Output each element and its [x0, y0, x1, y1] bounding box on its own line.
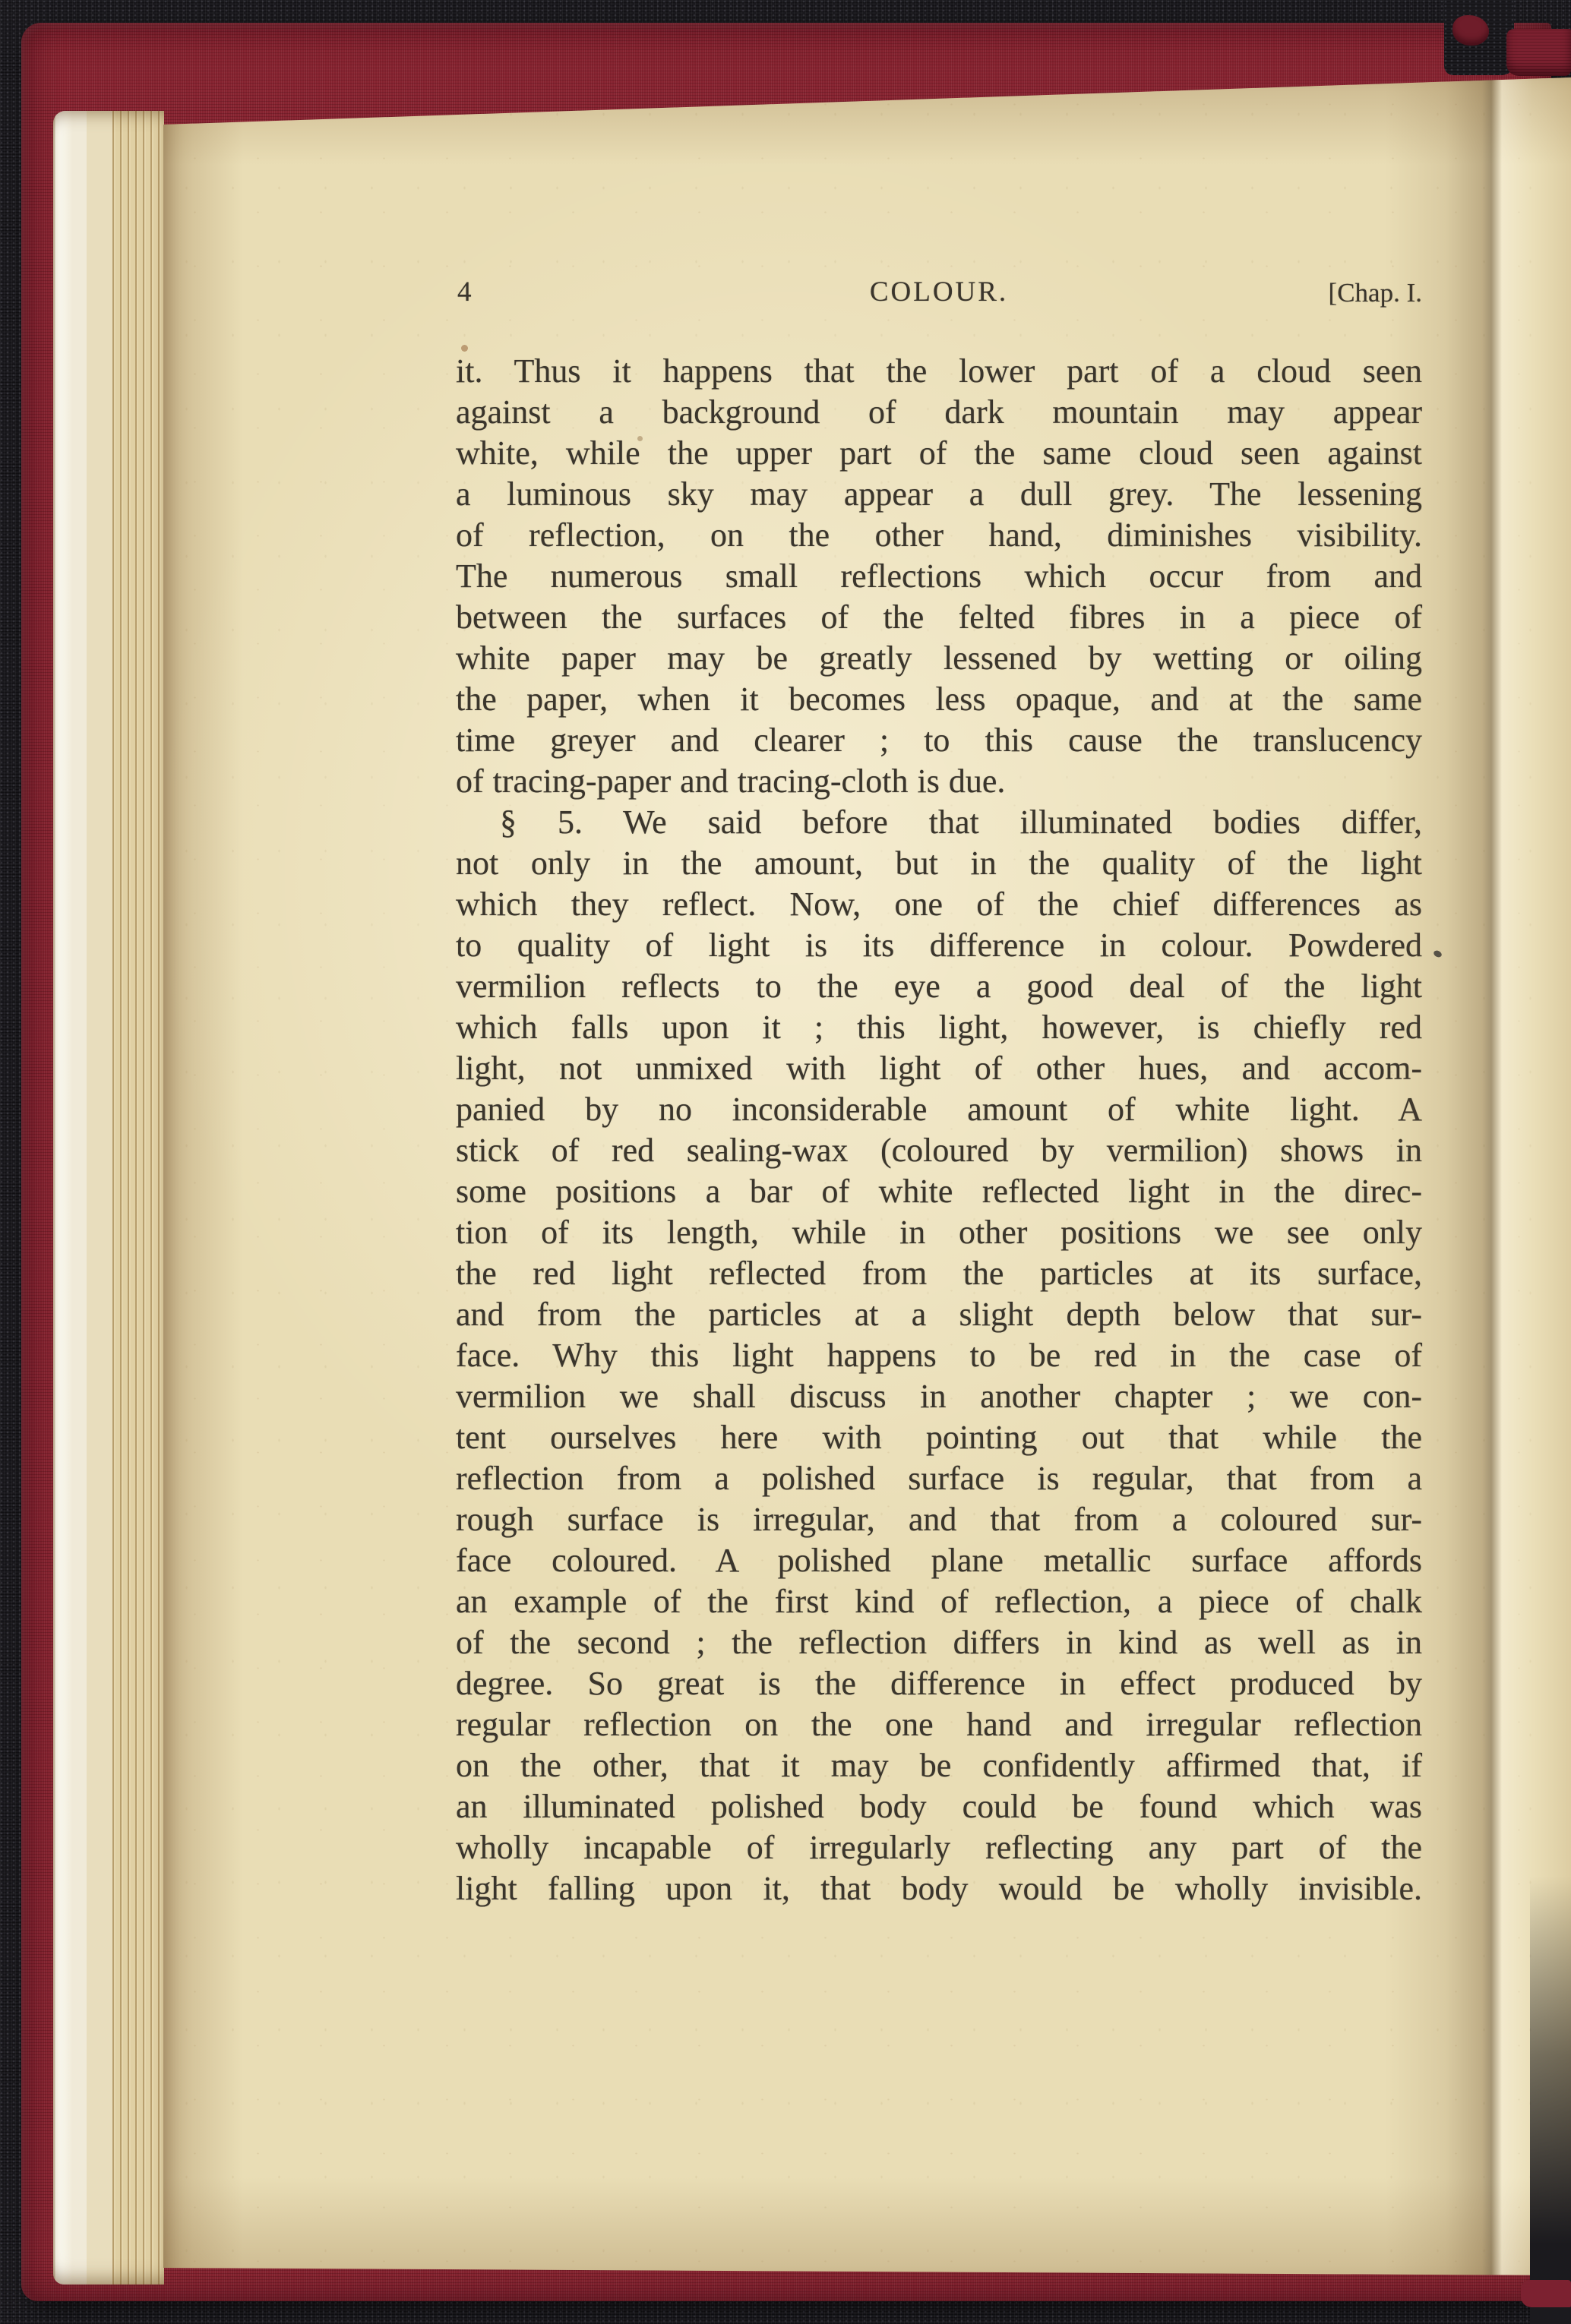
text-line: tent ourselves here with pointing out th…: [456, 1417, 1422, 1458]
page-stack-edges: [53, 111, 164, 2285]
text-line: it. Thus it happens that the lower part …: [456, 351, 1422, 392]
text-line: time greyer and clearer ; to this cause …: [456, 720, 1422, 761]
text-line: tion of its length, while in other posit…: [456, 1212, 1422, 1253]
text-line: face coloured. A polished plane metallic…: [456, 1540, 1422, 1581]
cover-frayed-tuft: [1452, 15, 1489, 46]
book-page: 4 COLOUR. [Chap. I. it. Thus it happens …: [163, 77, 1571, 2280]
paragraph: it. Thus it happens that the lower part …: [456, 351, 1422, 802]
body-text: it. Thus it happens that the lower part …: [456, 351, 1422, 1909]
text-line: an example of the first kind of reflecti…: [456, 1581, 1422, 1622]
text-line: rough surface is irregular, and that fro…: [456, 1499, 1422, 1540]
text-line: the red light reflected from the particl…: [456, 1253, 1422, 1294]
text-line: white paper may be greatly lessened by w…: [456, 638, 1422, 679]
text-line: light falling upon it, that body would b…: [456, 1868, 1422, 1909]
page-header: 4 COLOUR. [Chap. I.: [456, 276, 1422, 308]
paragraph: § 5. We said before that illuminated bod…: [456, 802, 1422, 1909]
text-line: light, not unmixed with light of other h…: [456, 1048, 1422, 1089]
text-line: of tracing-paper and tracing-cloth is du…: [456, 761, 1422, 802]
text-line: against a background of dark mountain ma…: [456, 392, 1422, 433]
text-line: and from the particles at a slight depth…: [456, 1294, 1422, 1335]
text-line: the paper, when it becomes less opaque, …: [456, 679, 1422, 720]
text-line: white, while the upper part of the same …: [456, 433, 1422, 474]
text-line: some positions a bar of white reflected …: [456, 1171, 1422, 1212]
text-line: a luminous sky may appear a dull grey. T…: [456, 474, 1422, 515]
text-line: § 5. We said before that illuminated bod…: [456, 802, 1422, 843]
cover-corner-fragment: [1506, 29, 1571, 76]
chapter-label: [Chap. I.: [1329, 277, 1422, 309]
text-line: The numerous small reflections which occ…: [456, 556, 1422, 597]
page-number: 4: [457, 276, 472, 308]
text-line: not only in the amount, but in the quali…: [456, 843, 1422, 884]
text-line: vermilion we shall discuss in another ch…: [456, 1376, 1422, 1417]
ink-speck: [1433, 949, 1443, 958]
text-line: panied by no inconsiderable amount of wh…: [456, 1089, 1422, 1130]
text-line: which they reflect. Now, one of the chie…: [456, 884, 1422, 925]
text-line: on the other, that it may be confidently…: [456, 1745, 1422, 1786]
text-line: to quality of light is its difference in…: [456, 925, 1422, 966]
text-line: regular reflection on the one hand and i…: [456, 1704, 1422, 1745]
text-block: 4 COLOUR. [Chap. I. it. Thus it happens …: [456, 276, 1422, 1909]
paper-blemish: [637, 436, 643, 441]
text-line: vermilion reflects to the eye a good dea…: [456, 966, 1422, 1007]
text-line: an illuminated polished body could be fo…: [456, 1786, 1422, 1827]
text-line: stick of red sealing-wax (coloured by ve…: [456, 1130, 1422, 1171]
text-line: wholly incapable of irregularly reflecti…: [456, 1827, 1422, 1868]
cover-bottom-right-fragment: [1521, 2280, 1571, 2307]
text-line: reflection from a polished surface is re…: [456, 1458, 1422, 1499]
text-line: face. Why this light happens to be red i…: [456, 1335, 1422, 1376]
running-title: COLOUR.: [870, 276, 1008, 308]
text-line: which falls upon it ; this light, howeve…: [456, 1007, 1422, 1048]
text-line: of reflection, on the other hand, dimini…: [456, 515, 1422, 556]
paper-blemish: [461, 345, 468, 352]
text-line: between the surfaces of the felted fibre…: [456, 597, 1422, 638]
text-line: of the second ; the reflection differs i…: [456, 1622, 1422, 1663]
text-line: degree. So great is the difference in ef…: [456, 1663, 1422, 1704]
right-edge-shadow: [1530, 1876, 1571, 2324]
